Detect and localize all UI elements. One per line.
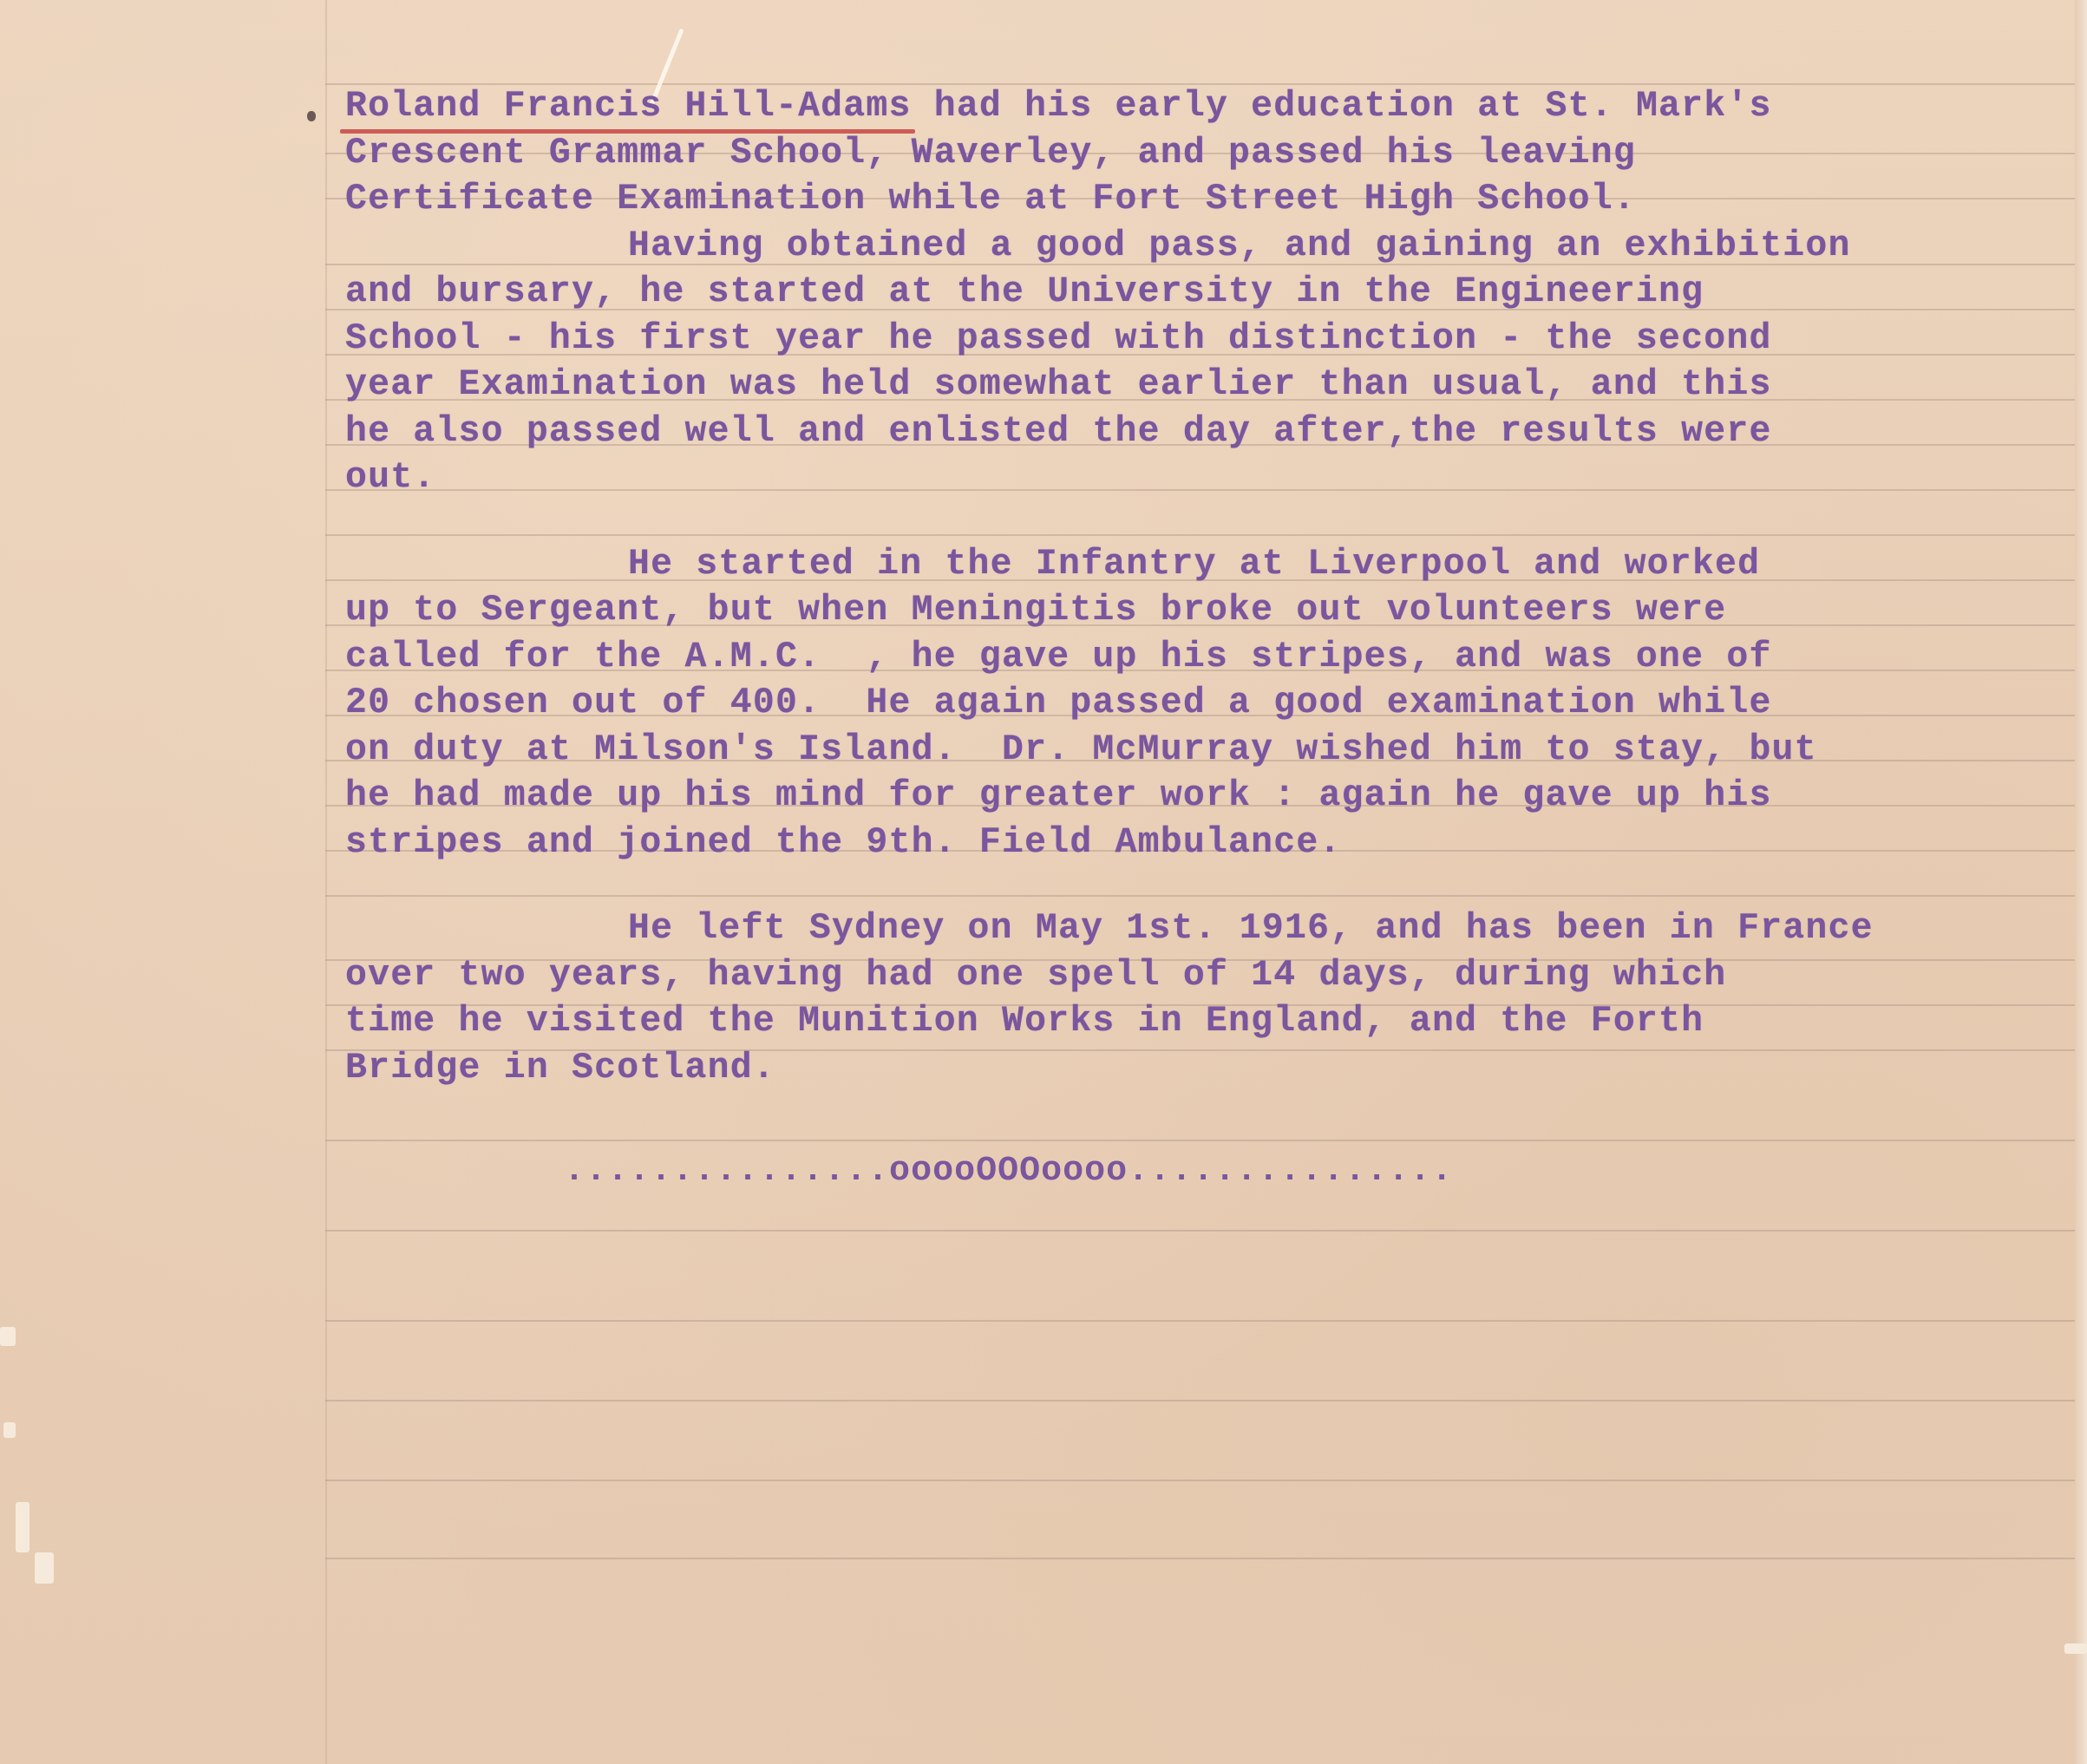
text-line: Having obtained a good pass, and gaining…: [345, 223, 2071, 270]
paragraph-gap: [345, 866, 2071, 905]
typed-text-body: Roland Francis Hill-Adams had his early …: [345, 83, 2071, 1091]
ink-dot-bullet: [307, 111, 316, 121]
text-line: year Examination was held somewhat earli…: [345, 362, 2071, 408]
text-line: Roland Francis Hill-Adams had his early …: [345, 83, 2071, 130]
text-line: 20 chosen out of 400. He again passed a …: [345, 680, 2071, 727]
end-divider: ...............ooooOOOoooo..............…: [564, 1152, 1648, 1191]
ruled-line: [325, 1140, 2075, 1141]
text-line: he also passed well and enlisted the day…: [345, 408, 2071, 455]
text-line: He started in the Infantry at Liverpool …: [345, 541, 2071, 588]
text-line: stripes and joined the 9th. Field Ambula…: [345, 820, 2071, 866]
text-line: called for the A.M.C. , he gave up his s…: [345, 634, 2071, 681]
text-line: Crescent Grammar School, Waverley, and p…: [345, 130, 2071, 177]
text-line: out.: [345, 454, 2071, 501]
text-line: over two years, having had one spell of …: [345, 952, 2071, 999]
text-line: time he visited the Munition Works in En…: [345, 998, 2071, 1045]
paper-tear: [16, 1502, 29, 1552]
text-line: up to Sergeant, but when Meningitis brok…: [345, 587, 2071, 634]
ruled-line: [325, 1400, 2075, 1401]
person-name-underlined: Roland Francis Hill-Adams: [345, 86, 912, 127]
ruled-line: [325, 1480, 2075, 1481]
text-line: Bridge in Scotland.: [345, 1045, 2071, 1092]
text-line: on duty at Milson's Island. Dr. McMurray…: [345, 727, 2071, 774]
text-line: School - his first year he passed with d…: [345, 316, 2071, 363]
paper-tear: [2064, 1643, 2087, 1654]
paragraph-gap: [345, 501, 2071, 541]
paper-tear: [0, 1327, 16, 1346]
ruled-line: [325, 1230, 2075, 1232]
text-line: and bursary, he started at the Universit…: [345, 269, 2071, 316]
ruled-line: [325, 1320, 2075, 1322]
paper-tear: [3, 1422, 16, 1438]
paper-edge: [2075, 0, 2087, 1764]
text-line: He left Sydney on May 1st. 1916, and has…: [345, 905, 2071, 952]
ruled-line: [325, 1558, 2075, 1559]
paper-tear: [35, 1552, 54, 1584]
text-span: had his early education at St. Mark's: [912, 86, 1772, 127]
text-line: Certificate Examination while at Fort St…: [345, 176, 2071, 223]
text-line: he had made up his mind for greater work…: [345, 773, 2071, 820]
